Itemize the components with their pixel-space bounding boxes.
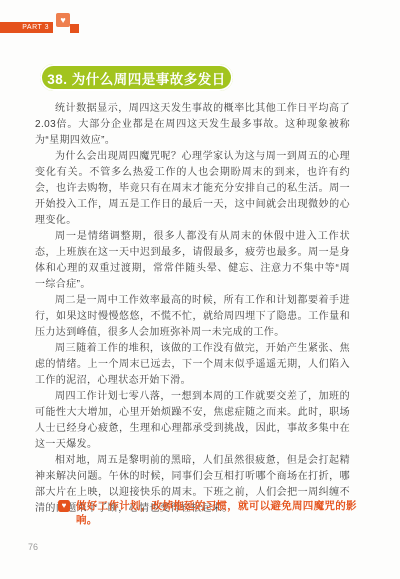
paragraph-4: 周二是一周中工作效率最高的时候，所有工作和计划都要着手进行，如果这时慢慢悠悠，不…: [35, 293, 350, 341]
tip-text: 做好工作计划，改掉拖延的习惯，就可以避免周四魔咒的影响。: [76, 499, 358, 527]
book-page: PART 3 ♥ 38. 为什么周四是事故多发日 统计数据显示，周四这天发生事故…: [0, 0, 400, 579]
body-text: 统计数据显示，周四这天发生事故的概率比其他工作日平均高了2.03倍。大部分企业都…: [35, 101, 350, 517]
paragraph-5: 周三随着工作的堆积，该做的工作没有做完，开始产生紧张、焦虑的情绪。上一个周末已远…: [35, 341, 350, 389]
heart-glyph: ♥: [60, 16, 65, 25]
decor-square-icon: [70, 24, 79, 33]
page-number: 76: [28, 542, 38, 552]
section-title-pill: 38. 为什么周四是事故多发日: [40, 64, 233, 91]
heart-icon: ♥: [56, 13, 70, 27]
heart-glyph: ♥: [62, 502, 67, 510]
paragraph-6: 周四工作计划七零八落，一想到本周的工作就要交差了，加班的可能性大大增加，心里开始…: [35, 389, 350, 453]
paragraph-1: 统计数据显示，周四这天发生事故的概率比其他工作日平均高了2.03倍。大部分企业都…: [35, 101, 350, 149]
part-label: PART 3: [22, 24, 49, 31]
paragraph-3: 周一是情绪调整期，很多人都没有从周末的休假中进入工作状态，上班族在这一天中迟到最…: [35, 229, 350, 293]
section-title-text: 38. 为什么周四是事故多发日: [47, 68, 226, 88]
heart-icon: ♥: [58, 500, 70, 512]
paragraph-2: 为什么会出现周四魔咒呢？心理学家认为这与周一到周五的心理变化有关。不管多么热爱工…: [35, 149, 350, 229]
part-banner: PART 3: [0, 22, 53, 33]
tip-row: ♥ 做好工作计划，改掉拖延的习惯，就可以避免周四魔咒的影响。: [58, 499, 358, 527]
